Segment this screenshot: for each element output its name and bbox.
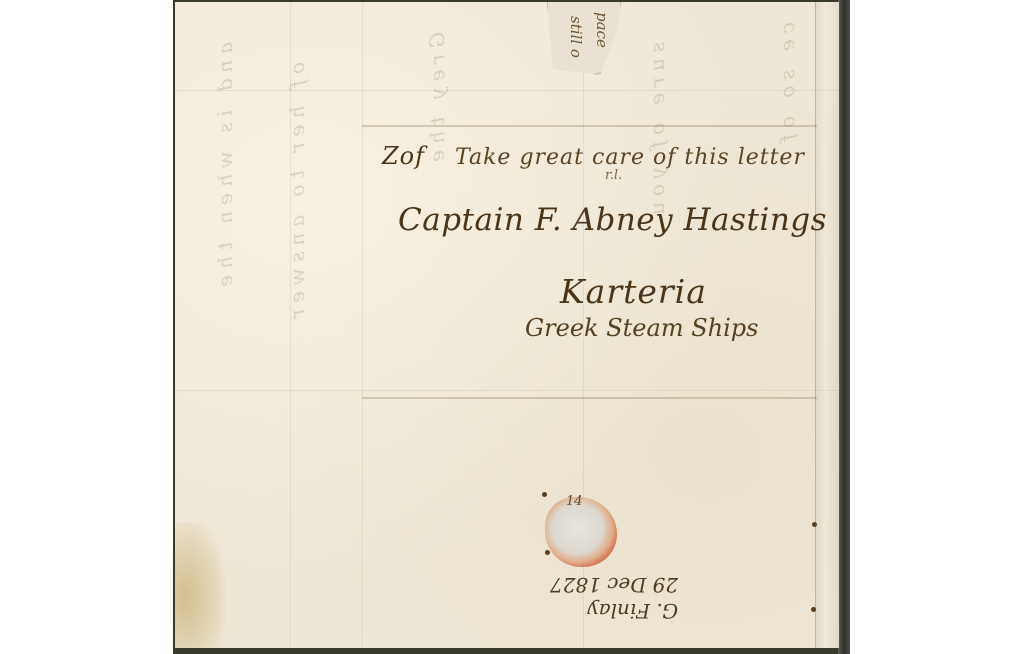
bleed-through-text: Grey the: [425, 32, 449, 612]
bleed-through-text: of her to answer: [285, 62, 309, 602]
ink-blot: [811, 607, 816, 612]
scan-viewer: and is when the of her to answer Grey th…: [0, 0, 1024, 654]
bleed-through-text: and is when the: [213, 42, 237, 602]
seal-mark: 14: [566, 494, 583, 509]
note-prefix: Zof: [382, 142, 425, 170]
ink-blot: [545, 550, 550, 555]
note-sub-mark: r.l.: [605, 168, 622, 183]
flap-text-line-1: pace: [593, 12, 611, 48]
fold-line-horizontal-top: [175, 90, 839, 92]
care-note: ZofTake great care of this letter: [382, 142, 805, 170]
ship-description: Greek Steam Ships: [525, 314, 758, 342]
signature-docket: G. Finlay 29 Dec 1827: [550, 572, 678, 624]
ink-blot: [812, 522, 817, 527]
flap-text-line-2: still o: [567, 16, 585, 58]
ink-blot: [542, 492, 547, 497]
letter-sheet: and is when the of her to answer Grey th…: [175, 2, 839, 648]
ship-name: Karteria: [560, 272, 707, 311]
note-text: Take great care of this letter: [455, 145, 805, 170]
folded-edge-strip: [815, 2, 839, 648]
signature-name: G. Finlay: [550, 598, 678, 624]
recipient-name: Captain F. Abney Hastings: [398, 202, 827, 238]
bleed-through-text: ce so of: [775, 22, 799, 622]
binding-edge: [838, 0, 850, 654]
signature-date: 29 Dec 1827: [550, 572, 678, 598]
